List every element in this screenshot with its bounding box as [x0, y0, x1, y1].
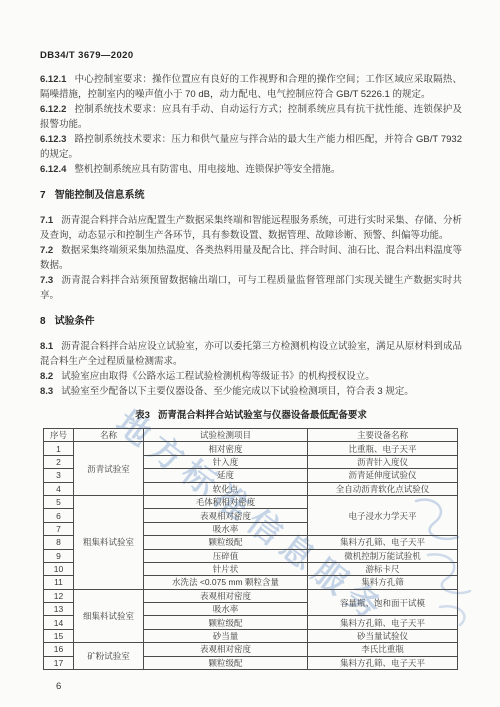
clause-number: 8.2: [40, 371, 61, 382]
clause-paragraph: 8.3试验室至少配备以下主要仪器设备、至少能完成以下试验检测项目，符合表 3 规…: [40, 384, 462, 399]
cell-test-item: 针入度: [144, 455, 308, 468]
cell-row-number: 4: [44, 482, 74, 495]
cell-test-item: 延度: [144, 469, 308, 482]
cell-row-number: 15: [44, 629, 74, 642]
cell-test-item: 压碎值: [144, 549, 308, 562]
cell-row-number: 1: [44, 442, 74, 455]
clause-number: 7.2: [40, 245, 61, 256]
clause-paragraph: 6.12.2控制系统技术要求：应具有手动、自动运行方式；控制系统应具有抗干扰性能…: [40, 102, 462, 132]
table-caption-text: 沥青混合料拌合站试验室与仪器设备最低配备要求: [158, 410, 367, 421]
table-row: 12细集料试验室表观相对密度容量瓶、饱和面干试模: [44, 589, 458, 602]
clause-text: 沥青混合料拌合站应设立试验室，亦可以委托第三方检测机构设立试验室，满足从原材料到…: [40, 341, 462, 367]
clause-paragraph: 8.2试验室应由取得《公路水运工程试验检测机构等级证书》的机构授权设立。: [40, 369, 462, 384]
clause-number: 6.12.4: [40, 164, 74, 175]
clause-text: 智能控制及信息系统: [55, 190, 145, 201]
cell-test-item: 砂当量: [144, 629, 308, 642]
cell-row-number: 12: [44, 589, 74, 602]
document-page: DB34/T 3679—2020 6.12.1中心控制室要求：操作位置应有良好的…: [0, 0, 500, 707]
cell-test-item: 毛体积相对密度: [144, 495, 308, 508]
clause-text: 试验室至少配备以下主要仪器设备、至少能完成以下试验检测项目，符合表 3 规定。: [61, 386, 414, 397]
clause-number: 8: [40, 316, 55, 327]
cell-row-number: 10: [44, 562, 74, 575]
cell-row-number: 11: [44, 576, 74, 589]
cell-row-number: 8: [44, 536, 74, 549]
clause-paragraph: 6.12.1中心控制室要求：操作位置应有良好的工作视野和合理的操作空间；工作区域…: [40, 72, 462, 102]
cell-test-item: 水洗法 <0.075 mm 颗粒含量: [144, 576, 308, 589]
table-row: 5粗集料试验室毛体积相对密度电子浸水力学天平: [44, 495, 458, 508]
cell-test-item: 表观相对密度: [144, 589, 308, 602]
clause-text: 路控制系统技术要求：压力和供气量应与拌合站的最大生产能力相匹配，并符合 GB/T…: [40, 134, 462, 160]
table-header-row: 序号名称试验检测项目主要设备名称: [44, 429, 458, 442]
cell-test-item: 颗粒级配: [144, 656, 308, 669]
table-header-cell: 主要设备名称: [308, 429, 458, 442]
cell-test-item: 表观相对密度: [144, 509, 308, 522]
cell-test-item: 相对密度: [144, 442, 308, 455]
cell-lab-name: 细集料试验室: [74, 589, 144, 643]
cell-test-item: 吸水率: [144, 522, 308, 535]
table-row: 1沥青试验室相对密度比重瓶、电子天平: [44, 442, 458, 455]
clause-paragraph: 6.12.3路控制系统技术要求：压力和供气量应与拌合站的最大生产能力相匹配，并符…: [40, 132, 462, 162]
document-code: DB34/T 3679—2020: [40, 50, 462, 61]
cell-equipment: 容量瓶、饱和面干试模: [308, 589, 458, 616]
clause-number: 6.12.1: [40, 74, 74, 85]
body-text: 6.12.1中心控制室要求：操作位置应有良好的工作视野和合理的操作空间；工作区域…: [40, 72, 462, 399]
clause-text: 数据采集终端须采集加热温度、各类热料用量及配合比、拌合时间、油石比、混合料出料温…: [40, 245, 462, 271]
cell-row-number: 5: [44, 495, 74, 508]
clause-text: 试验室应由取得《公路水运工程试验检测机构等级证书》的机构授权设立。: [61, 371, 375, 382]
cell-equipment: 沥青延伸度试验仪: [308, 469, 458, 482]
cell-test-item: 颗粒级配: [144, 616, 308, 629]
clause-text: 试验条件: [55, 316, 95, 327]
clause-text: 沥青混合料拌合站应配置生产数据采集终端和智能远程服务系统，可进行实时采集、存储、…: [40, 215, 462, 241]
clause-paragraph: 6.12.4整机控制系统应具有防雷电、用电接地、连锁保护等安全措施。: [40, 162, 462, 177]
cell-test-item: 吸水率: [144, 603, 308, 616]
cell-equipment: 游标卡尺: [308, 562, 458, 575]
cell-row-number: 14: [44, 616, 74, 629]
clause-number: 7: [40, 190, 55, 201]
clause-paragraph: 7.1沥青混合料拌合站应配置生产数据采集终端和智能远程服务系统，可进行实时采集、…: [40, 213, 462, 243]
table-row: 16矿粉试验室表观相对密度李氏比重瓶: [44, 643, 458, 656]
clause-text: 沥青混合料拌合站须预留数据输出端口，可与工程质量监督管理部门实现关键生产数据实时…: [40, 275, 462, 301]
cell-row-number: 13: [44, 603, 74, 616]
cell-equipment: 比重瓶、电子天平: [308, 442, 458, 455]
table-header-cell: 试验检测项目: [144, 429, 308, 442]
table-caption-number: 表3: [135, 410, 158, 421]
cell-row-number: 17: [44, 656, 74, 669]
equipment-requirements-table: 序号名称试验检测项目主要设备名称 1沥青试验室相对密度比重瓶、电子天平2针入度沥…: [43, 428, 458, 670]
cell-row-number: 9: [44, 549, 74, 562]
cell-row-number: 7: [44, 522, 74, 535]
cell-row-number: 6: [44, 509, 74, 522]
clause-text: 整机控制系统应具有防雷电、用电接地、连锁保护等安全措施。: [74, 164, 340, 175]
cell-row-number: 16: [44, 643, 74, 656]
clause-number: 6.12.2: [40, 104, 74, 115]
cell-equipment: 微机控制万能试验机: [308, 549, 458, 562]
clause-paragraph: 8.1沥青混合料拌合站应设立试验室，亦可以委托第三方检测机构设立试验室，满足从原…: [40, 339, 462, 369]
clause-number: 7.1: [40, 215, 61, 226]
cell-test-item: 颗粒级配: [144, 536, 308, 549]
cell-lab-name: 粗集料试验室: [74, 495, 144, 589]
cell-equipment: 集料方孔筛、电子天平: [308, 536, 458, 549]
cell-test-item: 软化点: [144, 482, 308, 495]
clause-paragraph: 7.3沥青混合料拌合站须预留数据输出端口，可与工程质量监督管理部门实现关键生产数…: [40, 273, 462, 303]
cell-row-number: 3: [44, 469, 74, 482]
cell-test-item: 针片状: [144, 562, 308, 575]
cell-equipment: 集料方孔筛、电子天平: [308, 656, 458, 669]
section-heading: 7智能控制及信息系统: [40, 189, 462, 202]
page-number: 6: [56, 681, 462, 692]
section-heading: 8试验条件: [40, 315, 462, 328]
cell-row-number: 2: [44, 455, 74, 468]
clause-text: 控制系统技术要求：应具有手动、自动运行方式；控制系统应具有抗干扰性能、连锁保护及…: [40, 104, 462, 130]
clause-number: 6.12.3: [40, 134, 74, 145]
table-caption: 表3沥青混合料拌合站试验室与仪器设备最低配备要求: [40, 409, 462, 422]
table-header-cell: 名称: [74, 429, 144, 442]
cell-equipment: 沥青针入度仪: [308, 455, 458, 468]
cell-equipment: 砂当量试验仪: [308, 629, 458, 642]
cell-test-item: 表观相对密度: [144, 643, 308, 656]
clause-number: 8.1: [40, 341, 61, 352]
clause-text: 中心控制室要求：操作位置应有良好的工作视野和合理的操作空间；工作区域应采取隔热、…: [40, 74, 462, 100]
table-header-cell: 序号: [44, 429, 74, 442]
cell-equipment: 集料方孔筛: [308, 576, 458, 589]
cell-equipment: 电子浸水力学天平: [308, 495, 458, 535]
cell-lab-name: 矿粉试验室: [74, 643, 144, 670]
cell-lab-name: 沥青试验室: [74, 442, 144, 496]
cell-equipment: 全自动沥青软化点试验仪: [308, 482, 458, 495]
clause-paragraph: 7.2数据采集终端须采集加热温度、各类热料用量及配合比、拌合时间、油石比、混合料…: [40, 243, 462, 273]
cell-equipment: 集料方孔筛、电子天平: [308, 616, 458, 629]
clause-number: 7.3: [40, 275, 61, 286]
clause-number: 8.3: [40, 386, 61, 397]
cell-equipment: 李氏比重瓶: [308, 643, 458, 656]
